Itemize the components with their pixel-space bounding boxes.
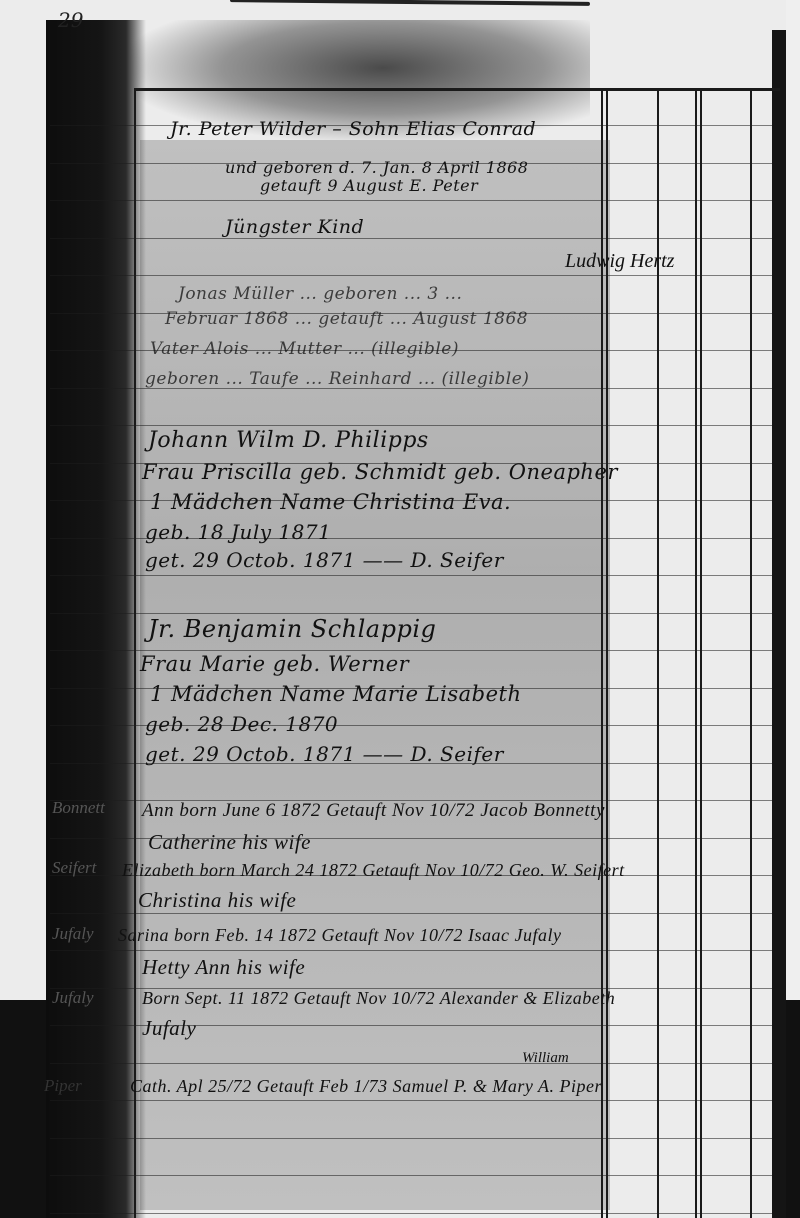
entry-line: Februar 1868 ... getauft ... August 1868 <box>165 309 528 329</box>
entry-line: Hetty Ann his wife <box>142 955 305 980</box>
page-right-edge <box>772 30 786 1218</box>
entry-line: Jufaly <box>142 1016 196 1041</box>
ruled-line <box>50 575 772 576</box>
entry-line: Born Sept. 11 1872 Getauft Nov 10/72 Ale… <box>142 988 615 1009</box>
entry-line: Catherine his wife <box>148 830 311 855</box>
entry-line: und geboren d. 7. Jan. 8 April 1868 <box>225 158 528 177</box>
entry-line: Sarina born Feb. 14 1872 Getauft Nov 10/… <box>118 925 561 946</box>
entry-line: 1 Mädchen Name Christina Eva. <box>150 490 511 514</box>
entry-line: Jüngster Kind <box>225 216 364 238</box>
ruled-line <box>50 650 772 651</box>
header-rule <box>136 88 780 91</box>
entry-line: Frau Marie geb. Werner <box>140 652 409 676</box>
entry-line: Cath. Apl 25/72 Getauft Feb 1/73 Samuel … <box>130 1076 602 1097</box>
entry-line: getauft 9 August E. Peter <box>260 176 478 195</box>
entry-line: Jonas Müller ... geboren ... 3 ... <box>178 284 462 304</box>
entry-line: get. 29 Octob. 1871 —— D. Seifer <box>145 742 504 766</box>
entry-line: Frau Priscilla geb. Schmidt geb. Oneaphe… <box>142 460 618 484</box>
ruled-line <box>50 425 772 426</box>
page-number: 29 <box>58 8 83 32</box>
column-rule-margin <box>134 88 136 1218</box>
column-rule-4 <box>750 88 752 1218</box>
entry-line: Christina his wife <box>138 888 296 913</box>
entry-line: Jr. Peter Wilder – Sohn Elias Conrad <box>170 118 536 140</box>
ruled-line <box>50 950 772 951</box>
entry-line: geboren ... Taufe ... Reinhard ... (ille… <box>145 369 529 389</box>
ruled-line <box>50 613 772 614</box>
entry-line: Ann born June 6 1872 Getauft Nov 10/72 J… <box>142 800 605 822</box>
ruled-line <box>50 200 772 201</box>
ruled-line <box>50 913 772 914</box>
ruled-line <box>50 1213 772 1214</box>
entry-line: 1 Mädchen Name Marie Lisabeth <box>150 682 522 706</box>
margin-surname: Jufaly <box>52 988 94 1008</box>
ruled-line <box>50 1175 772 1176</box>
ruled-line <box>50 275 772 276</box>
entry-line: Elizabeth born March 24 1872 Getauft Nov… <box>122 860 625 881</box>
entry-line: Jr. Benjamin Schlappig <box>148 615 436 643</box>
column-rule-3b <box>700 88 702 1218</box>
interlinear-annotation: William <box>522 1050 569 1067</box>
margin-surname: Piper <box>44 1076 82 1096</box>
entry-line: geb. 18 July 1871 <box>145 520 331 544</box>
ruled-line <box>50 238 772 239</box>
sponsor-note: Ludwig Hertz <box>565 250 674 273</box>
entry-line: get. 29 Octob. 1871 —— D. Seifer <box>145 548 504 572</box>
binding-shadow-bottom <box>0 1000 46 1218</box>
ruled-line <box>50 1063 772 1064</box>
margin-surname: Seifert <box>52 858 96 878</box>
top-edge-rule <box>230 0 590 6</box>
margin-surname: Jufaly <box>52 924 94 944</box>
scan-corner-bottom-right <box>786 1000 800 1218</box>
entry-line: Johann Wilm D. Philipps <box>148 428 429 453</box>
margin-surname: Bonnett <box>52 798 105 818</box>
register-page: 29 Jr. Peter Wilder – Sohn Elias Conrad … <box>0 0 800 1218</box>
entry-line: Vater Alois ... Mutter ... (illegible) <box>150 339 459 359</box>
ruled-line <box>50 1100 772 1101</box>
column-rule-3a <box>695 88 697 1218</box>
entry-line: geb. 28 Dec. 1870 <box>145 712 338 736</box>
ruled-line <box>50 1138 772 1139</box>
